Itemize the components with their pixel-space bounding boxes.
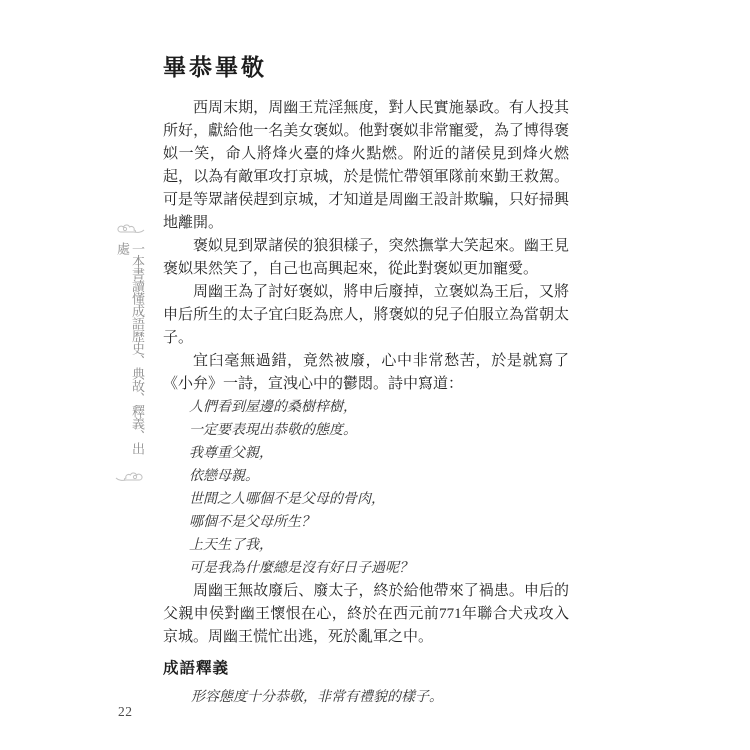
cloud-ornament-top-icon <box>115 220 145 238</box>
idiom-definition: 形容態度十分恭敬，非常有禮貌的樣子。 <box>163 686 569 709</box>
article-column: 畢恭畢敬 西周末期，周幽王荒淫無度，對人民實施暴政。有人投其所好，獻給他一名美女… <box>163 52 569 709</box>
page-number: 22 <box>118 704 133 720</box>
poem-line-7: 上天生了我， <box>189 534 569 557</box>
closing-paragraph: 周幽王無故廢后、廢太子，終於給他帶來了禍患。申后的父親申侯對幽王懷恨在心，終於在… <box>163 580 569 649</box>
poem-line-6: 哪個不是父母所生？ <box>189 511 569 534</box>
poem-block: 人們看到屋邊的桑樹梓樹， 一定要表現出恭敬的態度。 我尊重父親， 依戀母親。 世… <box>189 396 569 580</box>
poem-line-1: 人們看到屋邊的桑樹梓樹， <box>189 396 569 419</box>
section-heading: 成語釋義 <box>163 657 569 680</box>
cloud-ornament-bottom-icon <box>115 468 145 486</box>
story-paragraph-1: 西周末期，周幽王荒淫無度，對人民實施暴政。有人投其所好，獻給他一名美女褒姒。他對… <box>163 97 569 235</box>
story-paragraph-4: 宜臼毫無過錯，竟然被廢，心中非常愁苦，於是就寫了《小弁》一詩，宣洩心中的鬱悶。詩… <box>163 350 569 396</box>
book-page: 一本書讀懂成語歷史、典故、釋義、出處 畢恭畢敬 西周末期，周幽王荒淫無度，對人民… <box>0 0 750 750</box>
poem-line-5: 世間之人哪個不是父母的骨肉， <box>189 488 569 511</box>
poem-line-2: 一定要表現出恭敬的態度。 <box>189 419 569 442</box>
story-paragraph-2: 褒姒見到眾諸侯的狼狽樣子，突然撫掌大笑起來。幽王見褒姒果然笑了，自己也高興起來，… <box>163 235 569 281</box>
vertical-tagline: 一本書讀懂成語歷史、典故、釋義、出處 <box>115 242 145 464</box>
poem-line-4: 依戀母親。 <box>189 465 569 488</box>
story-paragraph-3: 周幽王為了討好褒姒，將申后廢掉，立褒姒為王后，又將申后所生的太子宜臼貶為庶人，將… <box>163 281 569 350</box>
poem-line-3: 我尊重父親， <box>189 442 569 465</box>
article-title: 畢恭畢敬 <box>163 52 569 84</box>
side-tagline-rail: 一本書讀懂成語歷史、典故、釋義、出處 <box>110 220 150 486</box>
poem-line-8: 可是我為什麼總是沒有好日子過呢？ <box>189 557 569 580</box>
